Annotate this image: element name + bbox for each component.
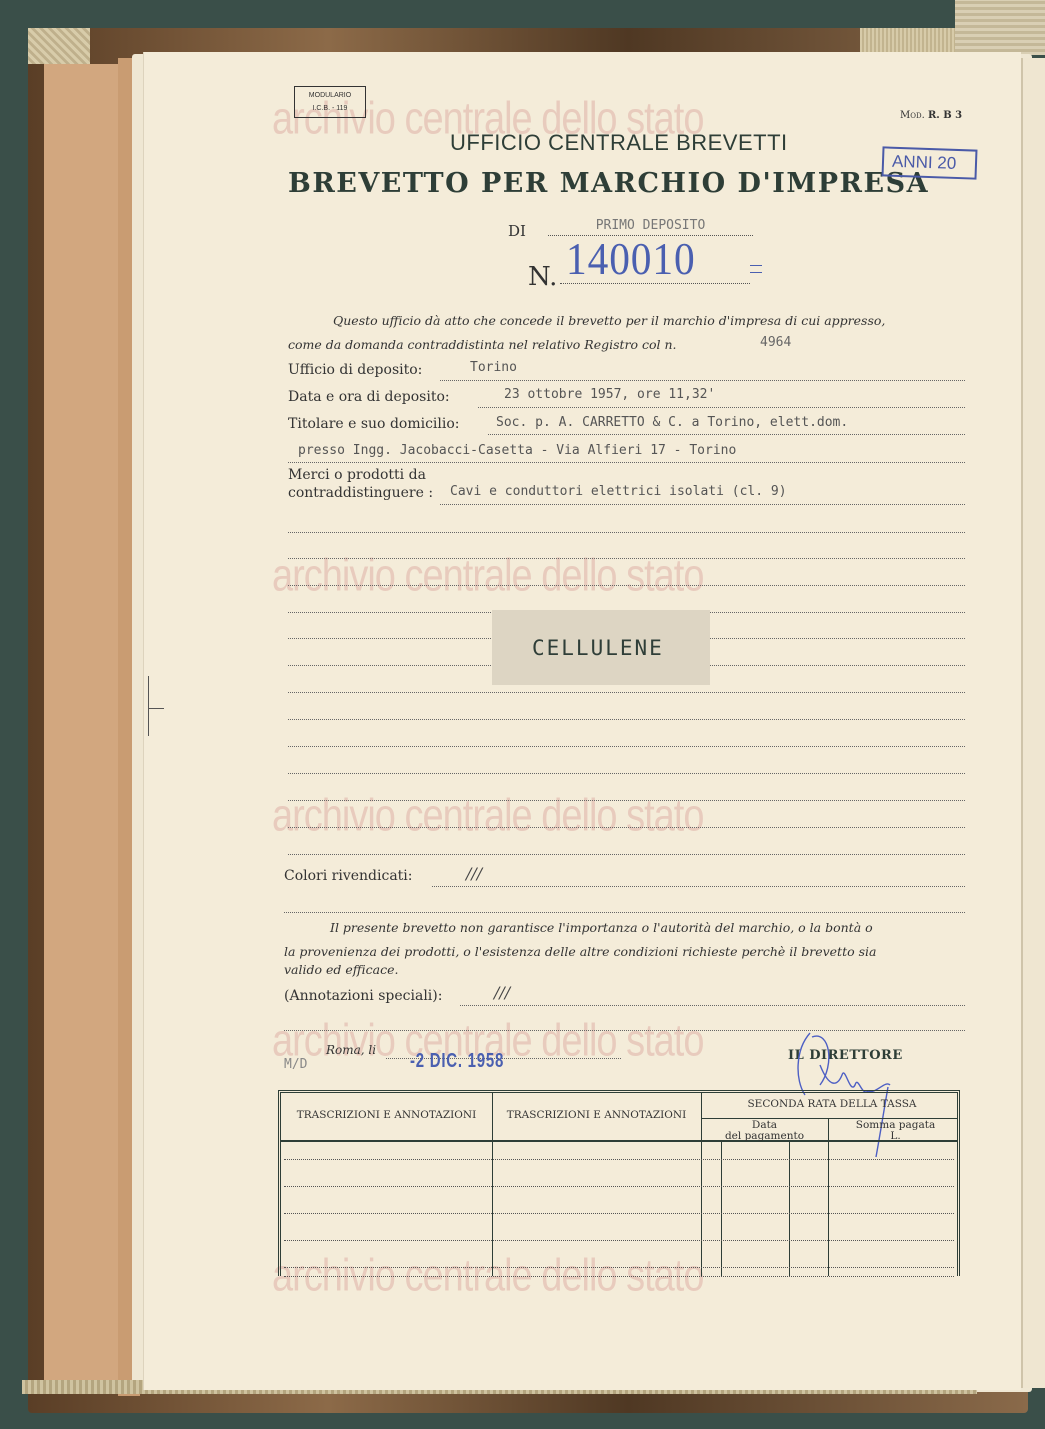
column-divider [789, 1141, 790, 1276]
modulario-code: I.C.B. - 119 [295, 102, 365, 115]
intro-line-1: Questo ufficio dà atto che concede il br… [333, 313, 885, 328]
annotazioni-value: /// [494, 983, 510, 1002]
merci-value: Cavi e conduttori elettrici isolati (cl.… [450, 484, 787, 499]
column-header-trascrizioni-1: TRASCRIZIONI E ANNOTAZIONI [281, 1109, 492, 1121]
field-line [440, 504, 965, 505]
cloth-corner-top-right [955, 0, 1045, 55]
blank-line [288, 585, 965, 586]
initials: M/D [284, 1057, 307, 1072]
margin-mark [148, 676, 149, 736]
blank-line [288, 719, 965, 720]
merci-label-1: Merci o prodotti da [288, 467, 426, 483]
disclaimer-line-3: valido ed efficace. [284, 962, 398, 977]
annotazioni-label: (Annotazioni speciali): [284, 988, 442, 1004]
number-label: N. [528, 262, 557, 292]
table-row [284, 1213, 954, 1214]
disclaimer-line-2: la provenienza dei prodotti, o l'esisten… [284, 944, 876, 959]
modulario-box: MODULARIO I.C.B. - 119 [294, 86, 366, 118]
cloth-corner-top-left [28, 28, 90, 64]
column-header-trascrizioni-2: TRASCRIZIONI E ANNOTAZIONI [492, 1109, 701, 1121]
blank-line [288, 800, 965, 801]
trademark-name: CELLULENE [532, 636, 664, 660]
blank-line [288, 827, 965, 828]
table-row [284, 1240, 954, 1241]
titolare-value-1: Soc. p. A. CARRETTO & C. a Torino, elett… [496, 415, 848, 430]
kraft-paper-strip [44, 64, 122, 1394]
field-line [460, 1005, 965, 1006]
table-row [284, 1276, 954, 1277]
field-line [478, 407, 965, 408]
blank-line [288, 532, 965, 533]
registro-number: 4964 [760, 335, 791, 350]
table-row [284, 1159, 954, 1160]
date-stamp: -2 DIC. 1958 [410, 1050, 504, 1073]
stamp-mark [750, 265, 762, 273]
field-line [288, 462, 965, 463]
place-label: Roma, li [326, 1043, 376, 1057]
column-header-data-pagamento: Data del pagamento [701, 1120, 828, 1142]
field-line [440, 380, 965, 381]
field-line [432, 886, 965, 887]
watermark: archivio centrale dello stato [272, 791, 703, 843]
titolare-value-2: presso Ingg. Jacobacci-Casetta - Via Alf… [298, 443, 736, 458]
data-label: Data e ora di deposito: [288, 389, 450, 405]
document-title: BREVETTO PER MARCHIO D'IMPRESA [288, 168, 929, 199]
ufficio-label: Ufficio di deposito: [288, 362, 422, 378]
merci-label-2: contraddistinguere : [288, 485, 433, 501]
table-row [284, 1186, 954, 1187]
column-divider [721, 1141, 722, 1276]
blank-line [288, 746, 965, 747]
next-page-edge [1021, 58, 1045, 1388]
blank-line [288, 692, 965, 693]
column-header-seconda-rata: SECONDA RATA DELLA TASSA [701, 1098, 963, 1110]
blank-line [288, 854, 965, 855]
colori-label: Colori rivendicati: [284, 868, 413, 884]
table-row [284, 1267, 954, 1268]
field-line [488, 434, 965, 435]
column-divider [828, 1119, 829, 1276]
colori-value: /// [466, 864, 482, 883]
ufficio-value: Torino [470, 360, 517, 375]
titolare-label: Titolare e suo domicilio: [288, 416, 460, 432]
margin-mark [148, 708, 164, 709]
disclaimer-line-1: Il presente brevetto non garantisce l'im… [330, 920, 873, 935]
patent-number: 140010 [566, 232, 696, 285]
modulario-label: MODULARIO [295, 89, 365, 102]
anni-stamp: ANNI 20 [882, 146, 978, 179]
blank-line [284, 912, 965, 913]
data-value: 23 ottobre 1957, ore 11,32' [504, 387, 715, 402]
blank-line [288, 773, 965, 774]
blank-line [288, 558, 965, 559]
di-label: DI [508, 222, 526, 240]
transcriptions-table: TRASCRIZIONI E ANNOTAZIONI TRASCRIZIONI … [278, 1090, 960, 1276]
column-header-somma-pagata: Somma pagata L. [828, 1120, 963, 1142]
intro-line-2: come da domanda contraddistinta nel rela… [288, 337, 677, 352]
office-title: UFFICIO CENTRALE BREVETTI [450, 130, 788, 156]
form-model-code: Mod. R. B 3 [900, 110, 962, 121]
